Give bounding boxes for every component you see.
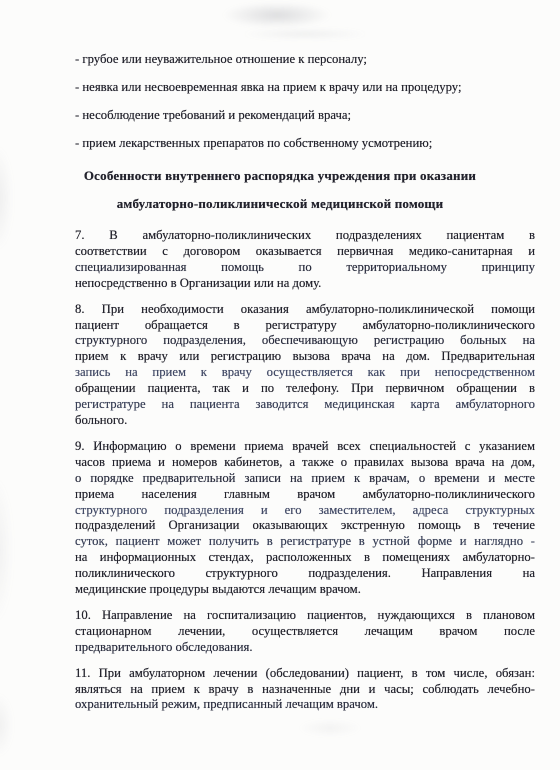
prohibited-actions-list: - грубое или неуважительное отношение к … xyxy=(75,0,535,157)
paragraph-11: 11. При амбулаторном лечении (обследован… xyxy=(75,666,535,714)
section-heading-line-2: амбулаторно-поликлинической медицинской … xyxy=(0,190,560,218)
paragraph-10: 10. Направление на госпитализацию пациен… xyxy=(75,608,535,656)
paragraph-8: 8. При необходимости оказания амбулаторн… xyxy=(75,302,535,429)
paragraph-7: 7. В амбулаторно-поликлинических подразд… xyxy=(75,228,535,292)
list-item-self-medication: - прием лекарственных препаратов по собс… xyxy=(75,129,535,157)
list-item-non-compliance: - несоблюдение требований и рекомендаций… xyxy=(75,101,535,129)
scan-artifact-bottom xyxy=(300,720,360,736)
section-heading-line-1: Особенности внутреннего распорядка учреж… xyxy=(0,162,560,190)
document-page: - грубое или неуважительное отношение к … xyxy=(0,0,560,770)
section-heading: Особенности внутреннего распорядка учреж… xyxy=(0,162,560,218)
list-item-no-show: - неявка или несвоевременная явка на при… xyxy=(75,73,535,101)
page-content: - грубое или неуважительное отношение к … xyxy=(0,0,560,713)
list-item-rude-attitude: - грубое или неуважительное отношение к … xyxy=(75,45,535,73)
paragraph-9: 9. Информацию о времени приема врачей вс… xyxy=(75,439,535,598)
